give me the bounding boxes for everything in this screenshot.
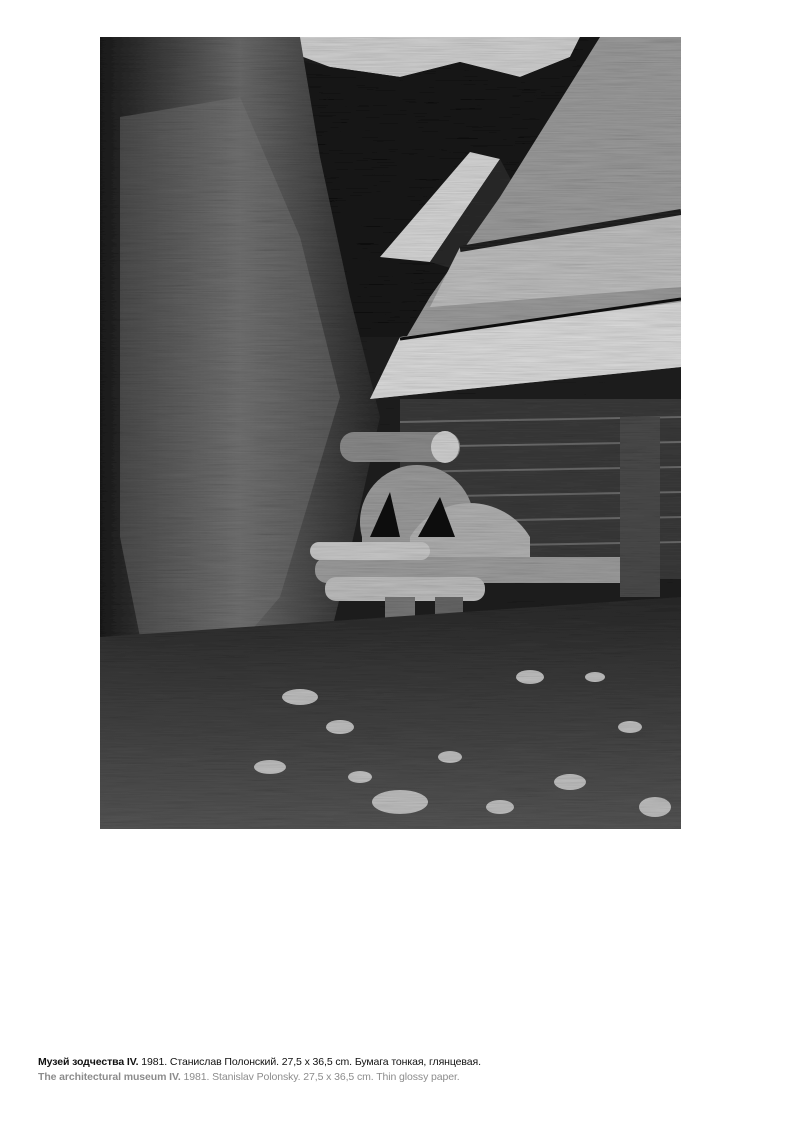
artwork-caption: Музей зодчества IV. 1981. Станислав Поло…: [38, 1055, 778, 1085]
caption-russian-details: 1981. Станислав Полонский. 27,5 x 36,5 c…: [138, 1056, 480, 1068]
caption-english: The architectural museum IV. 1981. Stani…: [38, 1070, 778, 1085]
caption-russian: Музей зодчества IV. 1981. Станислав Поло…: [38, 1055, 778, 1070]
artwork-photograph: [100, 37, 681, 829]
mill-landscape-image: [100, 37, 681, 829]
caption-english-title: The architectural museum IV.: [38, 1071, 181, 1083]
caption-russian-title: Музей зодчества IV.: [38, 1056, 138, 1068]
caption-english-details: 1981. Stanislav Polonsky. 27,5 x 36,5 cm…: [181, 1071, 460, 1083]
